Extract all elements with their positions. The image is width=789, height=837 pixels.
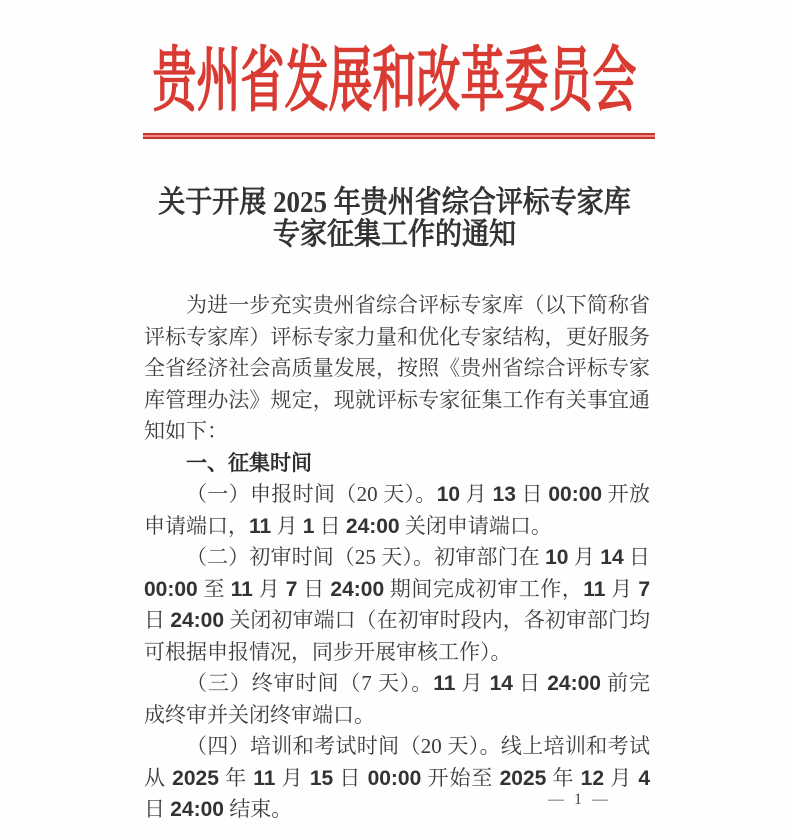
letterhead-red-rule — [143, 133, 655, 139]
org-name: 贵州省发展和改革委员会 — [153, 22, 637, 126]
page-footer: — 1 — — [548, 791, 611, 809]
notice-title-line-2: 专家征集工作的通知 — [273, 216, 516, 252]
scanned-notice-page: 贵州省发展和改革委员会 关于开展 2025 年贵州省综合评标专家库 专家征集工作… — [0, 0, 789, 837]
paragraph-preliminary-review: （二）初审时间（25 天）。初审部门在 10 月 14 日 00:00 至 11… — [144, 542, 650, 668]
intro-paragraph: 为进一步充实贵州省综合评标专家库（以下简称省评标专家库）评标专家力量和优化专家结… — [144, 290, 650, 448]
paragraph-final-review: （三）终审时间（7 天）。11 月 14 日 24:00 前完成终审并关闭终审端… — [144, 668, 650, 731]
section-heading-collection-time: 一、征集时间 — [144, 448, 650, 480]
notice-title-line-1: 关于开展 2025 年贵州省综合评标专家库 — [158, 184, 631, 220]
paragraph-training-exam: （四）培训和考试时间（20 天）。线上培训和考试从 2025 年 11 月 15… — [144, 731, 650, 826]
paragraph-application-period: （一）申报时间（20 天）。10 月 13 日 00:00 开放申请端口，11 … — [144, 479, 650, 542]
page-number: — 1 — — [548, 791, 611, 808]
notice-title: 关于开展 2025 年贵州省综合评标专家库 专家征集工作的通知 — [0, 186, 789, 250]
document-body: 为进一步充实贵州省综合评标专家库（以下简称省评标专家库）评标专家力量和优化专家结… — [144, 290, 650, 826]
letterhead: 贵州省发展和改革委员会 — [0, 22, 789, 86]
